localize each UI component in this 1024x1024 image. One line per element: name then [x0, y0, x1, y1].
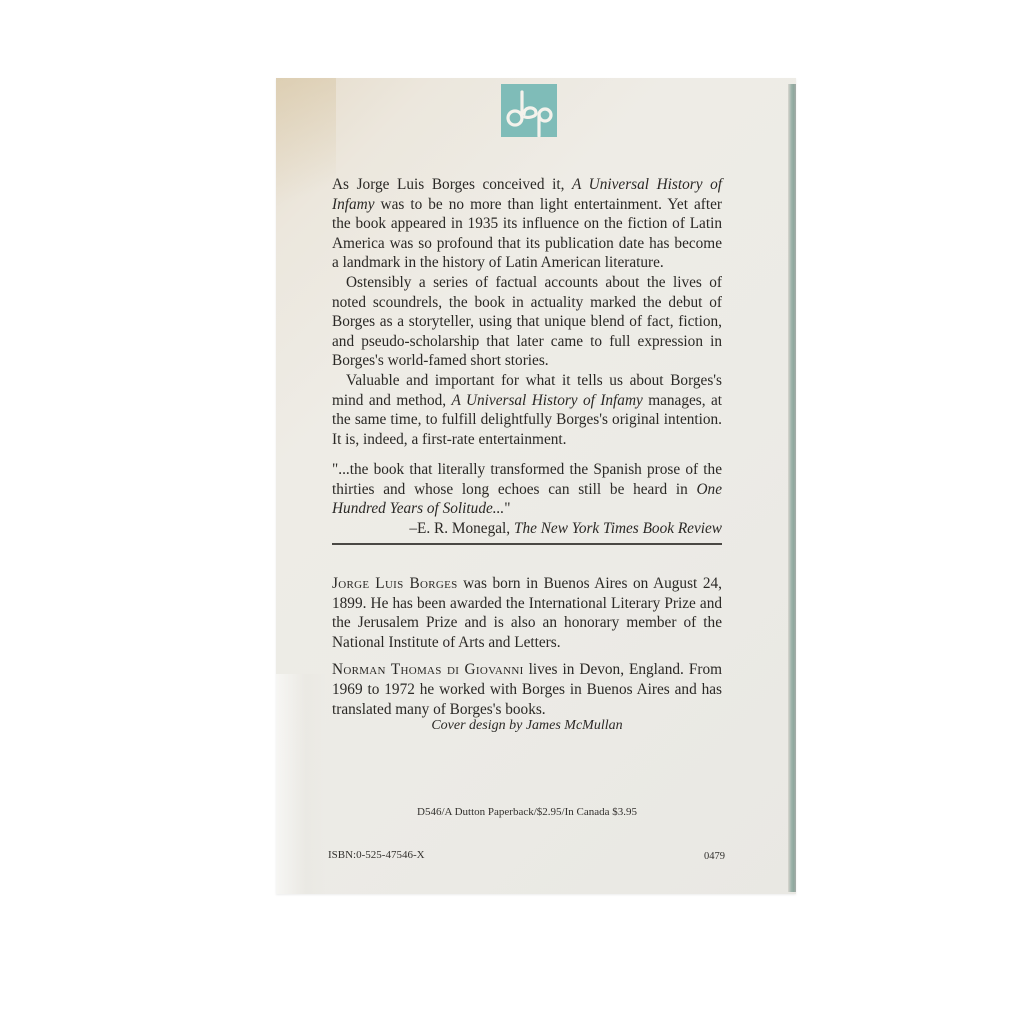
review-quote: "...the book that literally transformed …	[332, 460, 722, 538]
divider	[332, 543, 722, 545]
translator-name: Norman Thomas di Giovanni	[332, 661, 524, 678]
author-bio: Jorge Luis Borges was born in Buenos Air…	[332, 574, 722, 652]
dep-logo-icon	[501, 84, 557, 137]
description-paragraph-2: Ostensibly a series of factual accounts …	[332, 273, 722, 371]
print-code: 0479	[704, 851, 725, 862]
plastic-wrap-glare	[276, 674, 326, 894]
quote-attribution: –E. R. Monegal, The New York Times Book …	[332, 519, 722, 539]
translator-bio: Norman Thomas di Giovanni lives in Devon…	[332, 660, 722, 719]
publisher-logo-icon	[501, 84, 557, 137]
price-line: D546/A Dutton Paperback/$2.95/In Canada …	[332, 806, 722, 818]
spine-edge	[788, 84, 796, 892]
book-title: A Universal History of Infamy	[451, 392, 642, 409]
author-bios: Jorge Luis Borges was born in Buenos Air…	[332, 574, 722, 727]
isbn: ISBN:0-525-47546-X	[328, 849, 425, 861]
book-description: As Jorge Luis Borges conceived it, A Uni…	[332, 175, 722, 449]
description-paragraph-1: As Jorge Luis Borges conceived it, A Uni…	[332, 175, 722, 273]
author-name: Jorge Luis Borges	[332, 575, 458, 592]
book-back-cover: As Jorge Luis Borges conceived it, A Uni…	[276, 78, 796, 894]
worn-corner	[276, 78, 336, 228]
description-paragraph-3: Valuable and important for what it tells…	[332, 371, 722, 449]
cover-credit: Cover design by James McMullan	[332, 718, 722, 734]
